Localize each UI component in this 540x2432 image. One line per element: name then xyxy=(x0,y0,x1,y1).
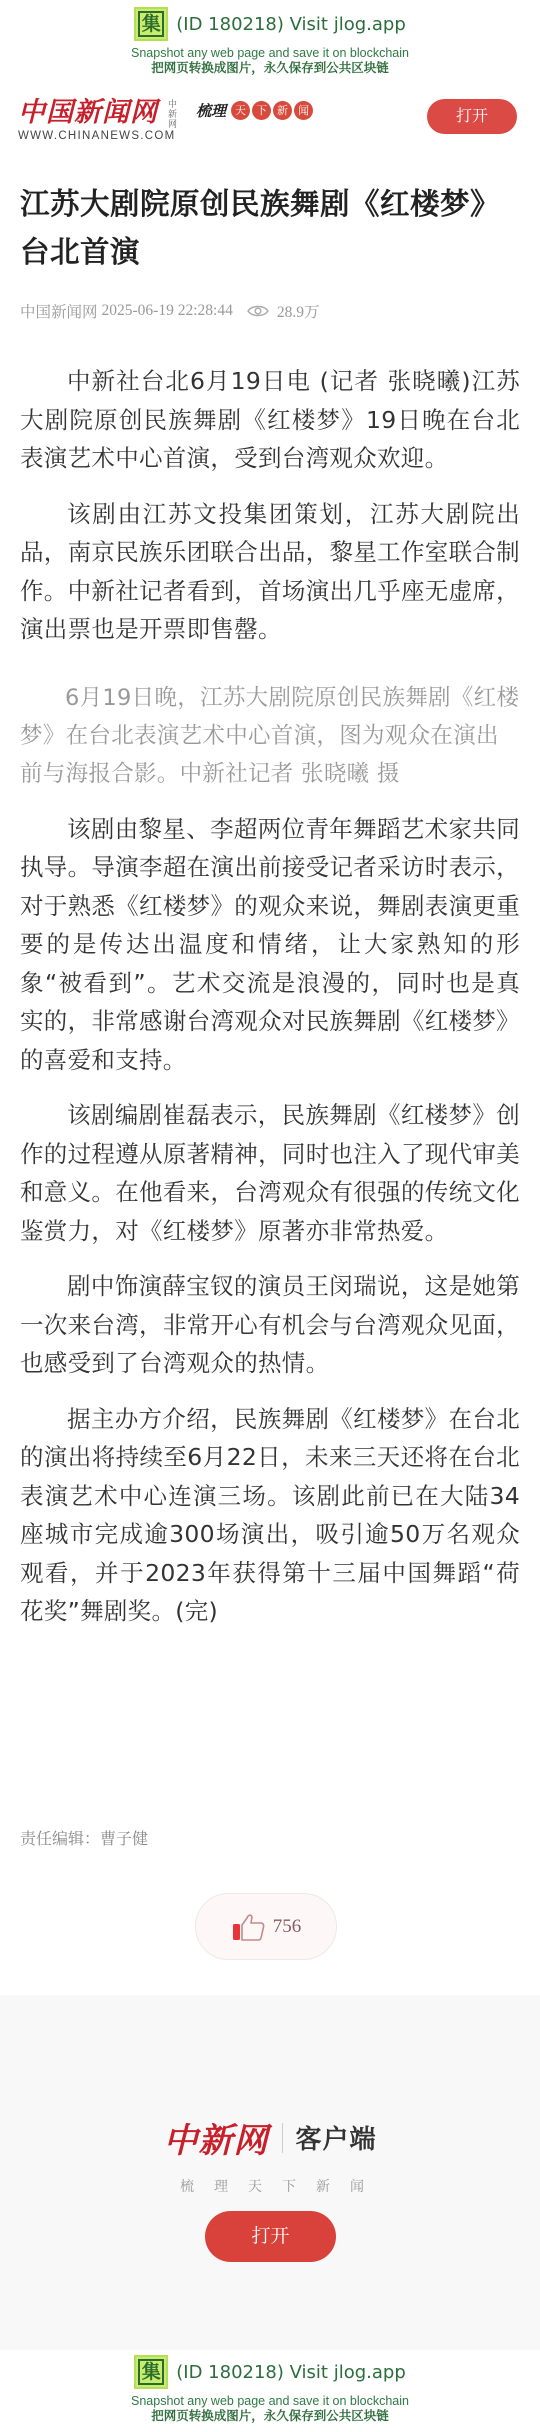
article-title: 江苏大剧院原创民族舞剧《红楼梦》台北首演 xyxy=(20,180,520,276)
open-app-button-bottom[interactable]: 打开 xyxy=(205,2211,336,2262)
paragraph: 据主办方介绍，民族舞剧《红楼梦》在台北的演出将持续至6月22日，未来三天还将在台… xyxy=(20,1400,520,1631)
responsible-editor: 责任编辑：曹子健 xyxy=(20,1826,148,1849)
paragraph: 中新社台北6月19日电 (记者 张晓曦)江苏大剧院原创民族舞剧《红楼梦》19日晚… xyxy=(20,362,520,478)
app-logo-label: 客户端 xyxy=(295,2119,376,2156)
article-meta: 中国新闻网 2025-06-19 22:28:44 28.9万 xyxy=(20,300,520,322)
like-count: 756 xyxy=(273,1916,302,1938)
open-app-button-top[interactable]: 打开 xyxy=(427,99,517,134)
jlog-id-link[interactable]: (ID 180218) Visit jlog.app xyxy=(176,2362,406,2383)
app-logo: 中新网 客户端 xyxy=(0,2113,540,2162)
jlog-logo-icon: 集 xyxy=(134,2355,168,2389)
jlog-id-link[interactable]: (ID 180218) Visit jlog.app xyxy=(176,14,406,35)
divider xyxy=(282,2123,283,2153)
jlog-banner-top: 集 (ID 180218) Visit jlog.app Snapshot an… xyxy=(0,0,540,86)
logo-url: WWW.CHINANEWS.COM xyxy=(18,130,176,142)
article-views: 28.9万 xyxy=(277,300,320,322)
logo-text: 中国新闻网 xyxy=(18,98,158,128)
app-slogan: 梳 理 天 下 新 闻 xyxy=(0,2176,540,2196)
app-promo: 中新网 客户端 梳 理 天 下 新 闻 打开 xyxy=(0,1995,540,2350)
jlog-subtitle-cn: 把网页转换成图片，永久保存到公共区块链 xyxy=(0,60,540,75)
article-body: 中新社台北6月19日电 (记者 张晓曦)江苏大剧院原创民族舞剧《红楼梦》19日晚… xyxy=(20,362,520,1631)
site-header: 中国新闻网 中 新 网 WWW.CHINANEWS.COM 梳理 天 下 新 闻… xyxy=(0,92,540,152)
eye-icon xyxy=(247,304,269,318)
jlog-subtitle-cn: 把网页转换成图片，永久保存到公共区块链 xyxy=(0,2408,540,2423)
paragraph: 该剧由江苏文投集团策划，江苏大剧院出品，南京民族乐团联合出品，黎星工作室联合制作… xyxy=(20,495,520,649)
logo-side-text: 中 新 网 xyxy=(168,100,180,130)
jlog-logo-icon: 集 xyxy=(134,7,168,41)
chinanews-logo[interactable]: 中国新闻网 中 新 网 WWW.CHINANEWS.COM xyxy=(18,98,176,142)
article-datetime: 2025-06-19 22:28:44 xyxy=(102,302,233,320)
app-logo-brand: 中新网 xyxy=(163,2113,268,2162)
thumbs-up-icon xyxy=(231,1912,267,1942)
paragraph: 剧中饰演薛宝钗的演员王闵瑞说，这是她第一次来台湾，非常开心有机会与台湾观众见面，… xyxy=(20,1267,520,1383)
image-caption: 6月19日晚，江苏大剧院原创民族舞剧《红楼梦》在台北表演艺术中心首演，图为观众在… xyxy=(20,679,520,793)
paragraph: 该剧由黎星、李超两位青年舞蹈艺术家共同执导。导演李超在演出前接受记者采访时表示，… xyxy=(20,810,520,1080)
like-button[interactable]: 756 xyxy=(195,1893,337,1960)
paragraph: 该剧编剧崔磊表示，民族舞剧《红楼梦》创作的过程遵从原著精神，同时也注入了现代审美… xyxy=(20,1096,520,1250)
article-source: 中国新闻网 xyxy=(20,300,98,322)
jlog-banner-bottom: 集 (ID 180218) Visit jlog.app Snapshot an… xyxy=(0,2350,540,2432)
jlog-subtitle-en: Snapshot any web page and save it on blo… xyxy=(0,46,540,60)
article: 江苏大剧院原创民族舞剧《红楼梦》台北首演 中国新闻网 2025-06-19 22… xyxy=(20,180,520,1648)
jlog-subtitle-en: Snapshot any web page and save it on blo… xyxy=(0,2394,540,2408)
header-slogan: 梳理 天 下 新 闻 xyxy=(196,100,313,121)
